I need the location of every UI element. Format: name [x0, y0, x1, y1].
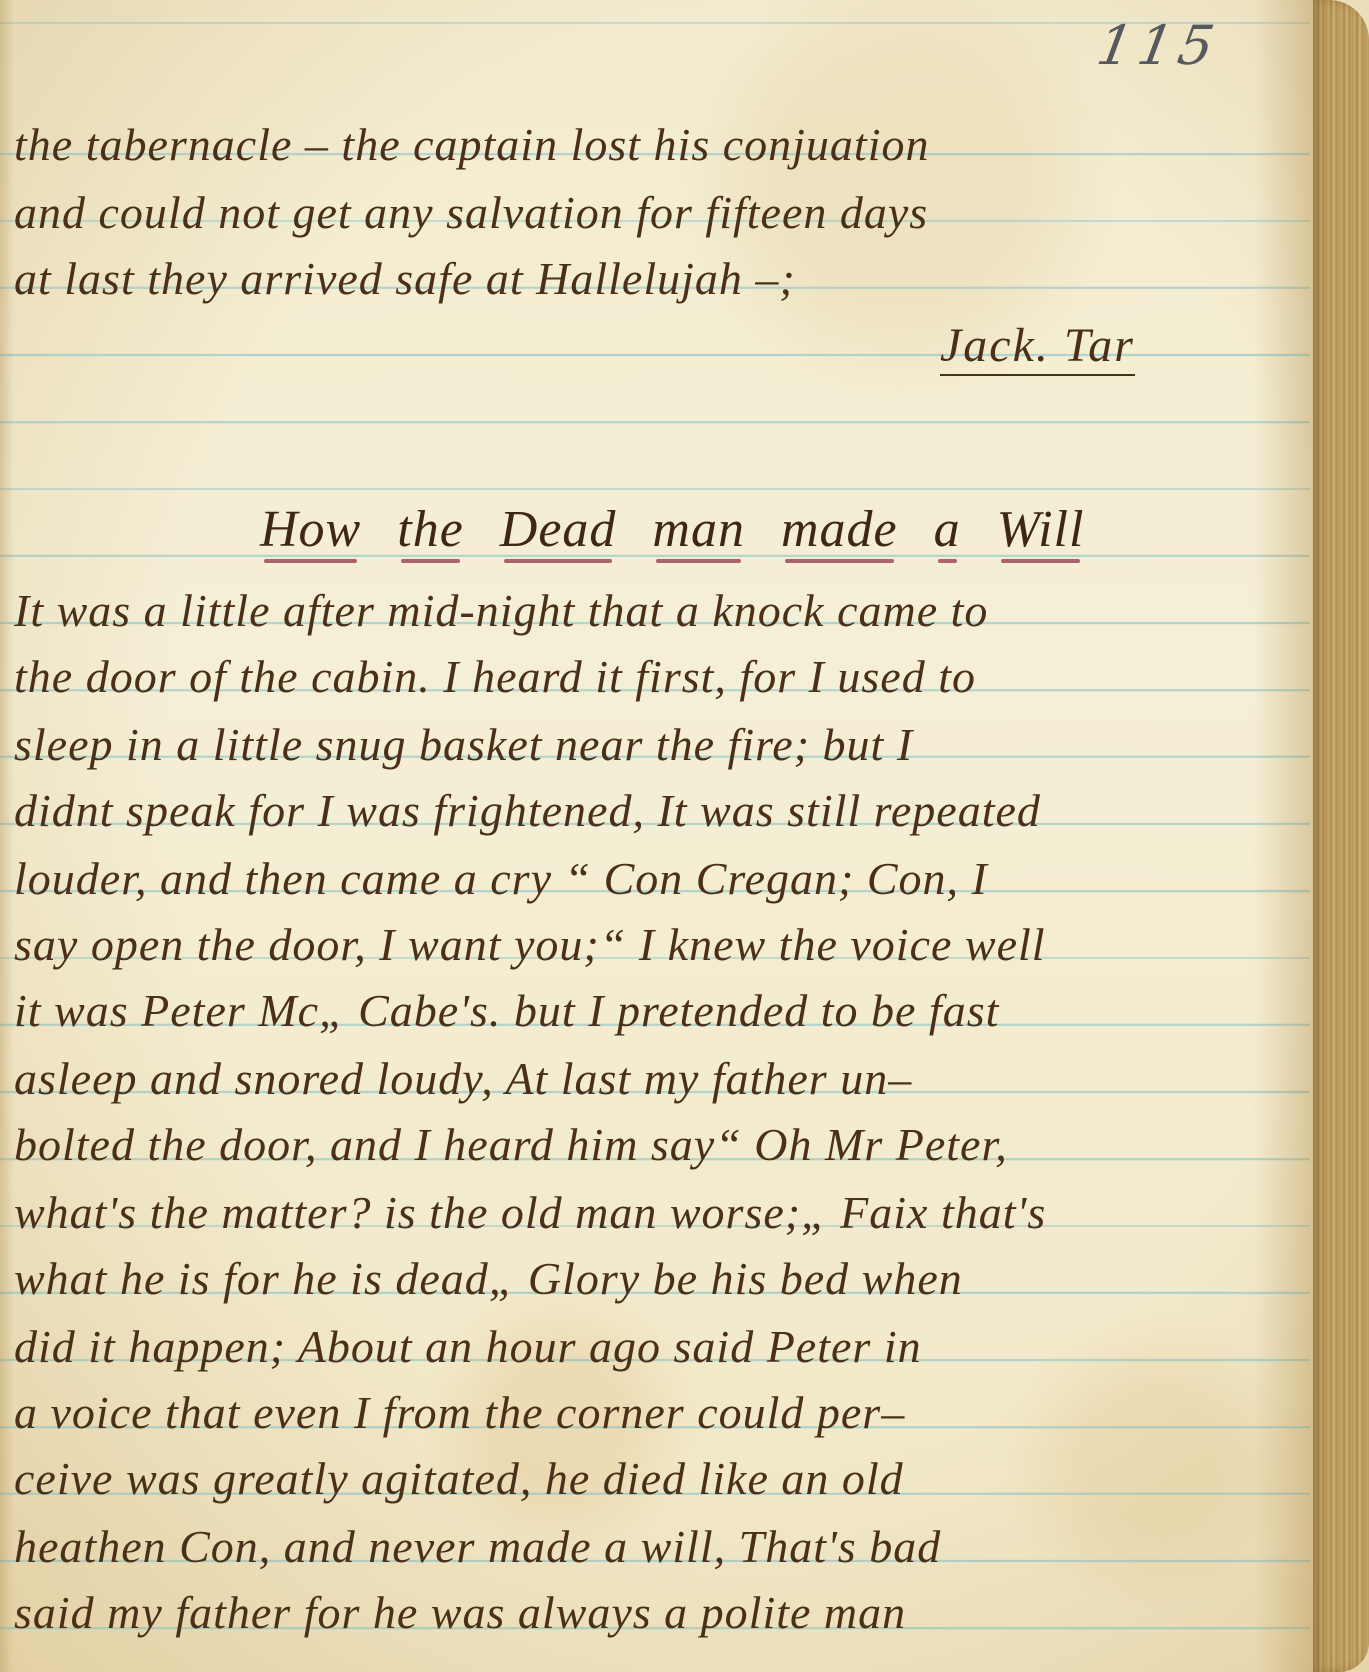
text-line: say open the door, I want you;“ I knew t…: [14, 918, 1304, 971]
text-line: did it happen; About an hour ago said Pe…: [14, 1320, 1304, 1373]
text-line: what he is for he is dead„ Glory be his …: [14, 1252, 1304, 1305]
text-line: the tabernacle – the captain lost his co…: [14, 118, 1304, 171]
notebook-page: 115 the tabernacle – the captain lost hi…: [0, 0, 1369, 1672]
text-line: ceive was greatly agitated, he died like…: [14, 1452, 1304, 1505]
text-line: louder, and then came a cry “ Con Cregan…: [14, 852, 1304, 905]
title-word: How: [260, 500, 361, 559]
title-word: a: [934, 500, 961, 559]
text-line: didnt speak for I was frightened, It was…: [14, 784, 1304, 837]
page-number: 115: [1092, 14, 1224, 77]
signature-text: Jack. Tar: [940, 319, 1135, 376]
signature: Jack. Tar: [940, 318, 1135, 373]
title-word: made: [781, 500, 898, 559]
title-word: the: [397, 500, 464, 559]
text-line: a voice that even I from the corner coul…: [14, 1386, 1304, 1439]
text-line: asleep and snored loudy, At last my fath…: [14, 1052, 1304, 1105]
title-word: Dead: [500, 500, 617, 559]
text-line: what's the matter? is the old man worse;…: [14, 1186, 1304, 1239]
text-line: the door of the cabin. I heard it first,…: [14, 650, 1304, 703]
page-gutter-shadow: [0, 0, 14, 1672]
text-line: at last they arrived safe at Hallelujah …: [14, 252, 1304, 305]
text-line: sleep in a little snug basket near the f…: [14, 718, 1304, 771]
page-edge-stack: [1313, 0, 1369, 1672]
text-line: it was Peter Mc„ Cabe's. but I pretended…: [14, 984, 1304, 1037]
story-title: How the Dead man made a Will: [260, 500, 1106, 559]
text-line: It was a little after mid-night that a k…: [14, 584, 1304, 637]
text-line: heathen Con, and never made a will, That…: [14, 1520, 1304, 1573]
text-line: said my father for he was always a polit…: [14, 1586, 1304, 1639]
title-word: Will: [997, 500, 1085, 559]
title-word: man: [652, 500, 745, 559]
text-line: bolted the door, and I heard him say“ Oh…: [14, 1118, 1304, 1171]
text-line: and could not get any salvation for fift…: [14, 186, 1304, 239]
